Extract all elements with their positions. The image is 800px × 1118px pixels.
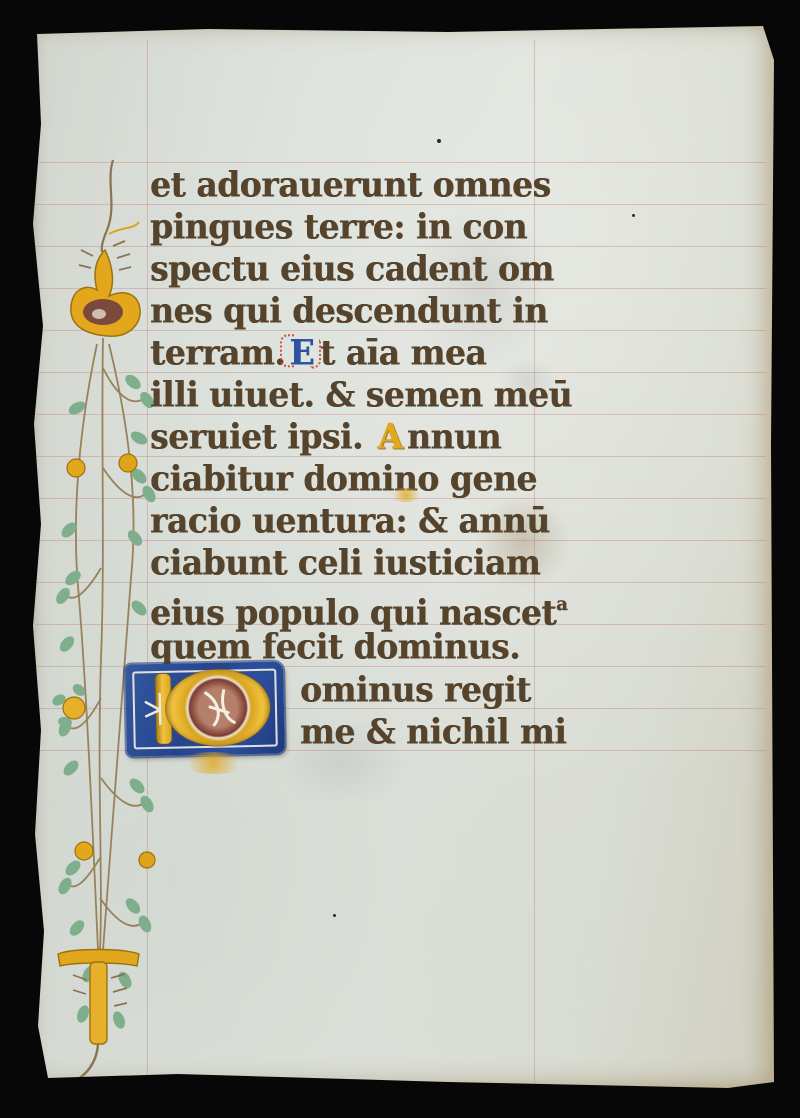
text-line: nes qui descendunt in: [150, 289, 590, 333]
text-line: me & nichil mi: [300, 710, 590, 754]
text-line: terram.Et aīa mea: [150, 331, 590, 375]
text-segment: ciabitur domino gene: [150, 458, 537, 499]
ink-speck: [437, 139, 441, 143]
text-block: et adorauerunt omnespingues terre: in co…: [150, 163, 590, 667]
text-segment: spectu eius cadent om: [150, 248, 554, 289]
text-segment: seruiet ipsi.: [150, 416, 374, 457]
blue-initial-E: E: [289, 331, 314, 375]
psalm-23-opening-lines: ominus regitme & nichil mi: [300, 668, 590, 752]
text-line: ciabitur domino gene: [150, 457, 590, 501]
text-segment: me & nichil mi: [300, 711, 566, 752]
flourish-stem: [102, 160, 113, 252]
vine-leaf: [75, 1004, 91, 1025]
vine-leaf: [123, 896, 143, 917]
text-line: et adorauerunt omnes: [150, 163, 590, 207]
ink-speck: [632, 214, 635, 217]
text-line: ominus regit: [300, 668, 590, 712]
text-segment: ominus regit: [300, 669, 531, 710]
initial-filigree: [125, 661, 285, 756]
text-segment: quem fecit dominus.: [150, 626, 520, 667]
text-line: spectu eius cadent om: [150, 247, 590, 291]
vine-leaf: [128, 429, 149, 448]
gold-flower-ornament: [71, 222, 140, 336]
photo-background: { "colors": { "background": "#070707", "…: [0, 0, 800, 1118]
text-line: pingues terre: in con: [150, 205, 590, 249]
vine-leaf: [127, 776, 148, 797]
text-segment: ciabunt celi iusticiam: [150, 542, 540, 583]
text-segment: t aīa mea: [320, 332, 486, 373]
vine-leaf: [123, 372, 144, 392]
vine-leaf: [63, 858, 84, 879]
text-line: seruiet ipsi. Annun: [150, 415, 590, 459]
text-line: illi uiuet. & semen meū: [150, 373, 590, 417]
gold-tail-ornament: [58, 950, 139, 1081]
text-segment: et adorauerunt omnes: [150, 164, 551, 205]
ink-speck: [333, 914, 336, 917]
gold-dust: [388, 488, 424, 502]
illuminated-initial-D: [125, 661, 285, 756]
vine-leaf: [116, 969, 135, 990]
manuscript-leaf: et adorauerunt omnespingues terre: in co…: [28, 26, 774, 1090]
text-line: ciabunt celi iusticiam: [150, 541, 590, 585]
vine-leaf: [53, 585, 72, 606]
vine-leaf: [61, 758, 82, 779]
vine-leaf: [125, 528, 145, 549]
superscript-abbreviation: a: [556, 593, 567, 615]
text-line: racio uentura: & annū: [150, 499, 590, 543]
vine-leaf: [111, 1010, 127, 1031]
text-segment: nnun: [407, 416, 501, 457]
vine-stems: [63, 338, 149, 950]
text-line: eius populo qui nasceta: [150, 583, 590, 627]
vine-leaf: [57, 634, 77, 655]
vine-leaf: [67, 918, 87, 939]
vine-leaf: [129, 598, 150, 619]
text-segment: racio uentura: & annū: [150, 500, 550, 541]
text-segment: nes qui descendunt in: [150, 290, 548, 331]
text-segment: illi uiuet. & semen meū: [150, 374, 572, 415]
text-segment: terram.: [150, 332, 285, 373]
gold-dust: [178, 752, 248, 774]
text-segment: pingues terre: in con: [150, 206, 527, 247]
gold-initial-A: A: [378, 415, 403, 459]
vine-leaf: [63, 568, 84, 588]
